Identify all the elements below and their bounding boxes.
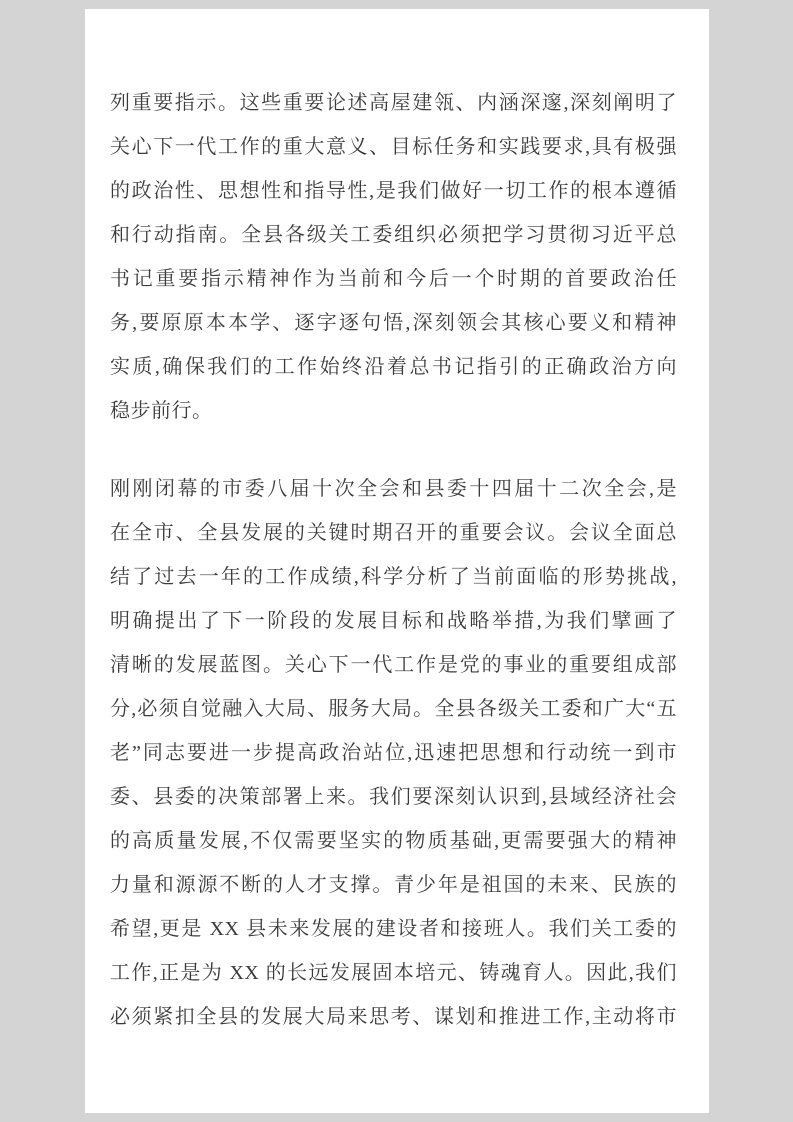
text-line: 稳步前行。 <box>110 389 677 433</box>
document-page: 列重要指示。这些重要论述高屋建瓴、内涵深邃,深刻阐明了关心下一代工作的重大意义、… <box>85 9 709 1113</box>
text-line: 书记重要指示精神作为当前和今后一个时期的首要政治任 <box>110 257 677 301</box>
text-line: 刚刚闭幕的市委八届十次全会和县委十四届十二次全会,是 <box>110 467 677 511</box>
text-line: 实质,确保我们的工作始终沿着总书记指引的正确政治方向 <box>110 345 677 389</box>
paragraph: 列重要指示。这些重要论述高屋建瓴、内涵深邃,深刻阐明了关心下一代工作的重大意义、… <box>110 81 677 433</box>
text-line: 列重要指示。这些重要论述高屋建瓴、内涵深邃,深刻阐明了 <box>110 81 677 125</box>
text-line: 和行动指南。全县各级关工委组织必须把学习贯彻习近平总 <box>110 213 677 257</box>
document-content: 列重要指示。这些重要论述高屋建瓴、内涵深邃,深刻阐明了关心下一代工作的重大意义、… <box>110 81 677 1039</box>
text-line: 老”同志要进一步提高政治站位,迅速把思想和行动统一到市 <box>110 731 677 775</box>
viewer-background: { "colors": { "surround": "#d4d4d4", "pa… <box>0 0 793 1122</box>
text-line: 明确提出了下一阶段的发展目标和战略举措,为我们擘画了 <box>110 599 677 643</box>
text-line: 的高质量发展,不仅需要坚实的物质基础,更需要强大的精神 <box>110 819 677 863</box>
text-line: 务,要原原本本学、逐字逐句悟,深刻领会其核心要义和精神 <box>110 301 677 345</box>
text-line: 清晰的发展蓝图。关心下一代工作是党的事业的重要组成部 <box>110 643 677 687</box>
text-line: 关心下一代工作的重大意义、目标任务和实践要求,具有极强 <box>110 125 677 169</box>
paragraph: 刚刚闭幕的市委八届十次全会和县委十四届十二次全会,是在全市、全县发展的关键时期召… <box>110 467 677 1039</box>
text-line: 委、县委的决策部署上来。我们要深刻认识到,县域经济社会 <box>110 775 677 819</box>
text-line: 的政治性、思想性和指导性,是我们做好一切工作的根本遵循 <box>110 169 677 213</box>
text-line: 结了过去一年的工作成绩,科学分析了当前面临的形势挑战, <box>110 555 677 599</box>
text-line: 力量和源源不断的人才支撑。青少年是祖国的未来、民族的 <box>110 863 677 907</box>
text-line: 分,必须自觉融入大局、服务大局。全县各级关工委和广大“五 <box>110 687 677 731</box>
text-line: 必须紧扣全县的发展大局来思考、谋划和推进工作,主动将市 <box>110 995 677 1039</box>
text-line: 工作,正是为 XX 的长远发展固本培元、铸魂育人。因此,我们 <box>110 951 677 995</box>
text-line: 在全市、全县发展的关键时期召开的重要会议。会议全面总 <box>110 511 677 555</box>
text-line: 希望,更是 XX 县未来发展的建设者和接班人。我们关工委的 <box>110 907 677 951</box>
